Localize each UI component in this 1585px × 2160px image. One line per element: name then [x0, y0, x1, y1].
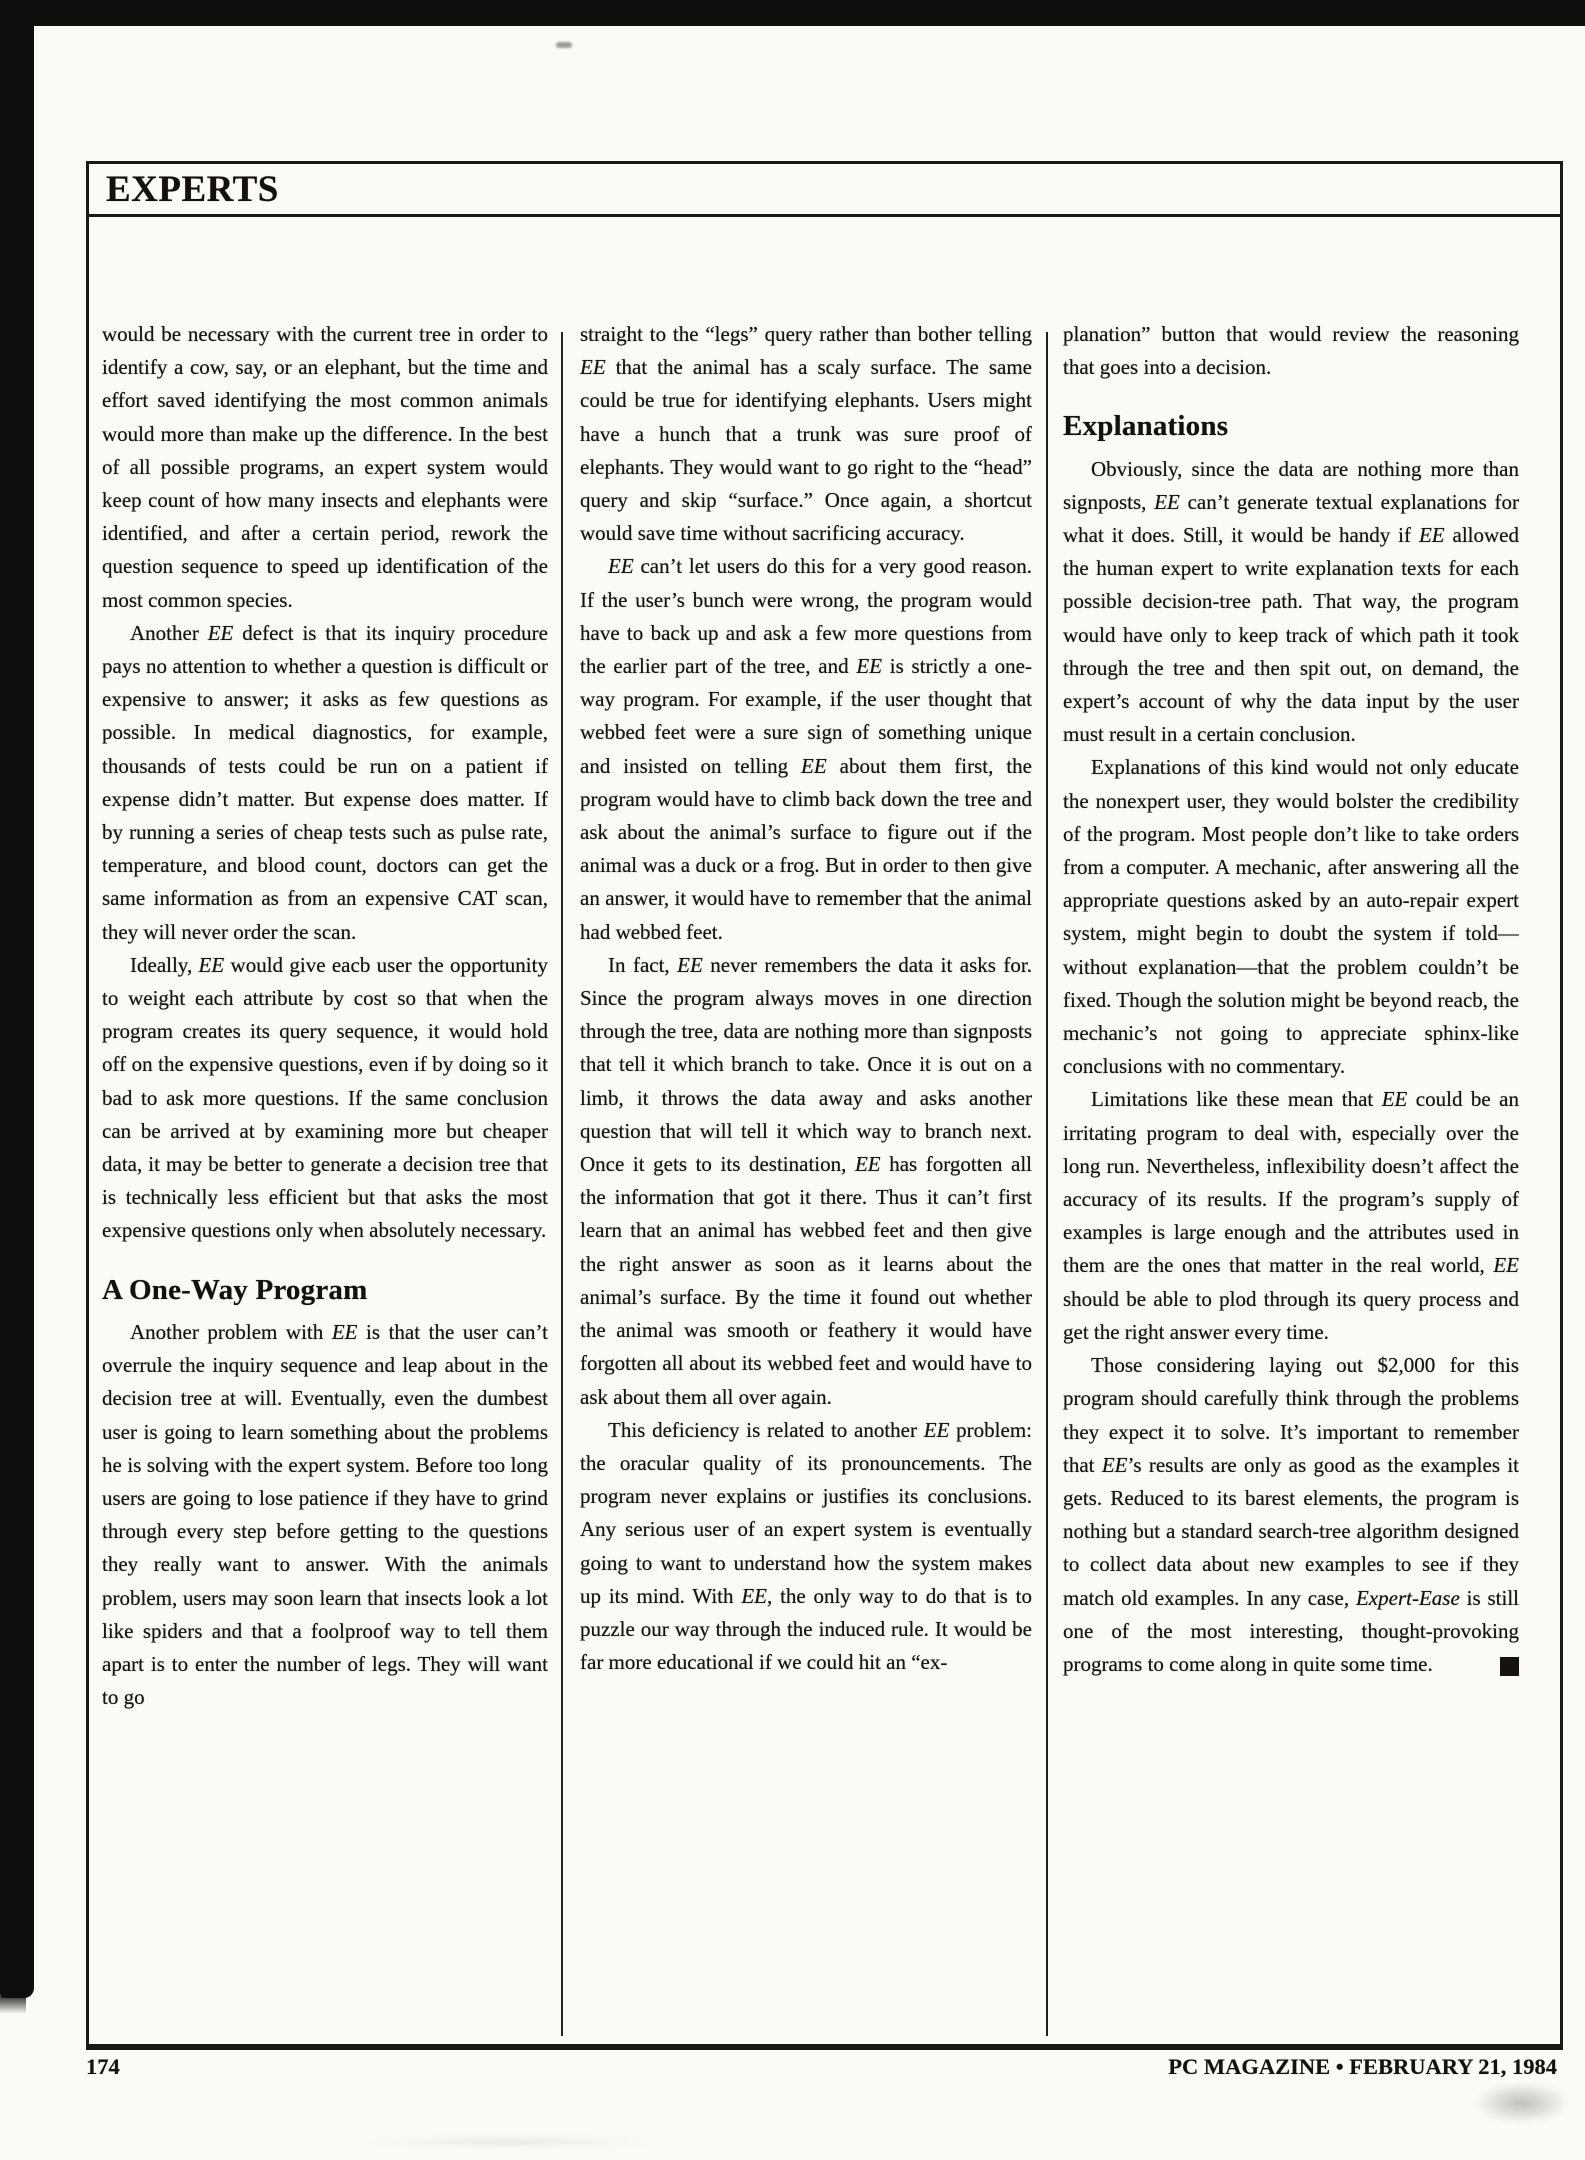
- page-footer: 174 PC MAGAZINE • FEBRUARY 21, 1984: [86, 2054, 1557, 2080]
- article-body: would be necessary with the current tree…: [89, 220, 1560, 2044]
- page-number: 174: [86, 2054, 120, 2080]
- paragraph: Ideally, EE would give eacb user the opp…: [102, 949, 548, 1248]
- paragraph: Explanations of this kind would not only…: [1063, 751, 1519, 1083]
- paragraph: Another EE defect is that its inquiry pr…: [102, 617, 548, 949]
- text-column-1: would be necessary with the current tree…: [102, 318, 548, 2044]
- footer-issue: PC MAGAZINE • FEBRUARY 21, 1984: [1168, 2054, 1557, 2080]
- text-column-3: planation” button that would review the …: [1063, 318, 1519, 2044]
- paragraph: This deficiency is related to another EE…: [580, 1414, 1032, 1680]
- scan-edge-top: [0, 0, 1585, 26]
- paragraph: Those considering laying out $2,000 for …: [1063, 1349, 1519, 1681]
- text-column-2: straight to the “legs” query rather than…: [580, 318, 1032, 2044]
- scan-edge-left: [0, 0, 34, 1998]
- subheading: A One-Way Program: [102, 1274, 548, 1307]
- scan-smudge: [370, 2136, 650, 2148]
- paragraph: Limitations like these mean that EE coul…: [1063, 1083, 1519, 1349]
- paragraph: straight to the “legs” query rather than…: [580, 318, 1032, 550]
- column-divider: [561, 332, 563, 2036]
- scan-speck: [556, 42, 572, 48]
- paragraph: planation” button that would review the …: [1063, 318, 1519, 384]
- section-header-band: EXPERTS: [89, 164, 1560, 217]
- article-frame: EXPERTS would be necessary with the curr…: [86, 161, 1563, 2047]
- column-divider: [1046, 332, 1048, 2036]
- section-title: EXPERTS: [106, 168, 279, 211]
- paragraph: In fact, EE never remembers the data it …: [580, 949, 1032, 1414]
- end-of-article-mark: [1500, 1657, 1519, 1676]
- paragraph: would be necessary with the current tree…: [102, 318, 548, 617]
- subheading: Explanations: [1063, 410, 1519, 443]
- paragraph: Another problem with EE is that the user…: [102, 1316, 548, 1714]
- paragraph: Obviously, since the data are nothing mo…: [1063, 453, 1519, 752]
- magazine-page-scan: EXPERTS would be necessary with the curr…: [0, 0, 1585, 2160]
- scan-smudge: [1474, 2082, 1570, 2124]
- paragraph: EE can’t let users do this for a very go…: [580, 550, 1032, 948]
